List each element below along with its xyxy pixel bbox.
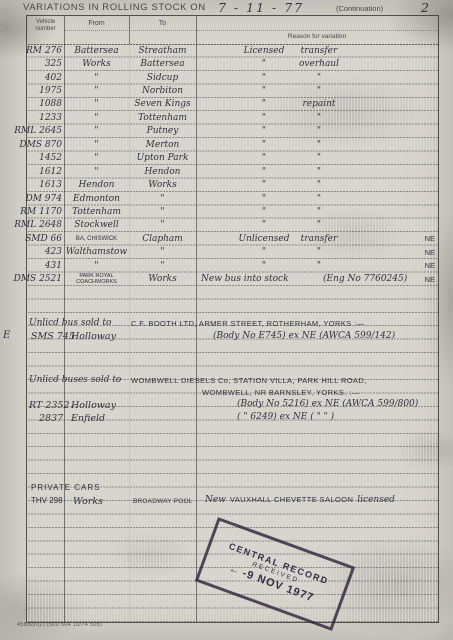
ne-mark: NE [405, 232, 435, 245]
booth-sale-depot: Holloway [71, 331, 116, 342]
vehicle-number: RML 2648 [27, 219, 63, 232]
ne-mark [405, 71, 435, 84]
vehicle-number: 1612 [27, 165, 63, 178]
private-car-reason: New VAUXHALL CHEVETTE SALOON licensed [205, 495, 395, 505]
reason-word-licensed: licensed [357, 495, 395, 505]
from-cell: " [64, 71, 129, 84]
continuation-label: (Continuation) [336, 4, 383, 13]
private-car-from: Works [73, 496, 103, 507]
wombwell-entry-vehicle: 2837 [39, 413, 63, 424]
from-cell: " [64, 152, 129, 165]
ne-mark [405, 84, 435, 97]
reason-cell-2: " [279, 152, 359, 165]
ne-mark [405, 44, 435, 57]
to-cell: Putney [129, 125, 196, 138]
vehicle-number: RML 2645 [27, 125, 63, 138]
vehicle-number: 431 [27, 259, 63, 272]
to-cell: Works [129, 178, 196, 191]
vehicle-number: 325 [27, 57, 63, 70]
wombwell-sale-intro: Unlicd buses sold to [29, 375, 121, 385]
to-cell: Tottenham [129, 111, 196, 124]
to-cell: " [129, 205, 196, 218]
reason-cell-2: transfer [279, 44, 359, 57]
form-reference-number: 458/65/(2) (500 504 10/74 508) [17, 622, 102, 628]
table-row: 423Walthamstow"""NE [27, 246, 438, 259]
ne-mark [405, 192, 435, 205]
vehicle-number: 402 [27, 71, 63, 84]
table-row: 1613HendonWorks"" [27, 178, 438, 191]
scanned-ledger-page: VARIATIONS IN ROLLING STOCK ON 7 - 11 - … [0, 0, 453, 640]
arrow-mark: ← [228, 563, 242, 577]
to-cell: " [129, 259, 196, 272]
table-row: DMS 2521PARK ROYAL COACHWORKSWorksNew bu… [27, 272, 438, 285]
from-cell: Hendon [64, 178, 129, 191]
from-cell: " [64, 138, 129, 151]
vehicle-number: 1233 [27, 111, 63, 124]
page-number: 2 [421, 0, 429, 15]
to-cell: Norbiton [129, 84, 196, 97]
booth-sale-detail: (Body No E745) ex NE (AWCA 599/142) [213, 331, 395, 341]
table-row: RML 2645"Putney"" [27, 125, 438, 138]
reason-cell-2: " [279, 84, 359, 97]
ne-mark [405, 125, 435, 138]
from-cell: Walthamstow [64, 246, 129, 259]
ne-mark [405, 205, 435, 218]
col-header-vehicle-number: Vehicle number [27, 19, 64, 33]
vehicle-number: 1452 [27, 152, 63, 165]
vehicle-number: SMD 66 [27, 232, 63, 245]
reason-cell-2: overhaul [279, 57, 359, 70]
table-row: RM 276BatterseaStreathamLicensedtransfer [27, 44, 438, 57]
booth-sale-vehicle: SMS 745 [31, 331, 75, 342]
from-cell: " [64, 98, 129, 111]
booth-sale-intro: Unlicd bus sold to [29, 318, 111, 328]
ne-mark [405, 165, 435, 178]
form-title: VARIATIONS IN ROLLING STOCK ON [23, 2, 206, 13]
vehicle-number: 423 [27, 246, 63, 259]
col-header-from: From [64, 20, 129, 27]
wombwell-entry-depot: Holloway [71, 400, 116, 411]
col-header-to: To [129, 20, 196, 27]
wombwell-sale-buyer-line2: WOMBWELL, NR BARNSLEY, YORKS. :— [202, 388, 360, 397]
table-row: 431""""NE [27, 259, 438, 272]
ne-mark [405, 111, 435, 124]
from-cell: " [64, 165, 129, 178]
from-cell: Tottenham [64, 205, 129, 218]
vehicle-number: DMS 2521 [27, 272, 63, 285]
table-row: 402"Sidcup"" [27, 71, 438, 84]
table-row: DMS 870"Merton"" [27, 138, 438, 151]
from-cell: " [64, 111, 129, 124]
margin-mark: E [3, 330, 10, 341]
from-cell: Stockwell [64, 219, 129, 232]
table-row: SMD 66BA, CHISWICKClaphamUnlicensedtrans… [27, 232, 438, 245]
table-row: 1612"Hendon"" [27, 165, 438, 178]
reason-cell-2: repaint [279, 98, 359, 111]
wombwell-entry-detail: ( " 6249) ex NE ( " " ) [237, 412, 334, 422]
table-row: 1975"Norbiton"" [27, 84, 438, 97]
reason-cell: New bus into stock [201, 272, 321, 285]
from-cell: " [64, 84, 129, 97]
reason-cell-2: " [279, 246, 359, 259]
to-cell: Seven Kings [129, 98, 196, 111]
reason-cell-2: transfer [279, 232, 359, 245]
to-cell: Streatham [129, 44, 196, 57]
col-header-reason: Reason for variation [196, 33, 438, 40]
private-car-to: BROADWAY POOL [133, 498, 193, 505]
from-cell: PARK ROYAL COACHWORKS [64, 272, 129, 285]
reason-cell-2: " [279, 71, 359, 84]
wombwell-sale-buyer-line1: WOMBWELL DIESELS Co, STATION VILLA, PARK… [131, 376, 367, 385]
table-header: Vehicle number From To Reason for variat… [27, 16, 438, 45]
private-cars-heading: PRIVATE CARS [31, 483, 101, 492]
header-subdivider [64, 30, 438, 31]
date-handwritten: 7 - 11 - 77 [218, 0, 304, 15]
table-row: 1452"Upton Park"" [27, 152, 438, 165]
ne-mark [405, 219, 435, 232]
reason-car-model: VAUXHALL CHEVETTE SALOON [230, 495, 353, 504]
ne-mark: NE [405, 272, 435, 285]
booth-sale-buyer: C.F. BOOTH LTD, ARMER STREET, ROTHERHAM,… [131, 319, 365, 328]
ne-mark: NE [405, 246, 435, 259]
to-cell: Works [129, 272, 196, 285]
vehicle-number: DM 974 [27, 192, 63, 205]
reason-cell-2: " [279, 125, 359, 138]
to-cell: Upton Park [129, 152, 196, 165]
wombwell-entry-depot: Enfield [71, 413, 105, 424]
to-cell: Sidcup [129, 71, 196, 84]
vehicle-number: RM 276 [27, 44, 63, 57]
reason-cell-2: " [279, 205, 359, 218]
to-cell: Hendon [129, 165, 196, 178]
to-cell: " [129, 192, 196, 205]
reason-word-new: New [205, 495, 226, 505]
table-row: DM 974Edmonton""" [27, 192, 438, 205]
from-cell: " [64, 125, 129, 138]
vehicle-number: DMS 870 [27, 138, 63, 151]
vehicle-number: 1613 [27, 178, 63, 191]
table-row: 1233"Tottenham"" [27, 111, 438, 124]
ne-mark [405, 57, 435, 70]
vehicle-number: 1975 [27, 84, 63, 97]
reason-cell-2: " [279, 138, 359, 151]
private-car-vehicle: THV 298 [31, 496, 63, 505]
to-cell: " [129, 219, 196, 232]
reason-cell-2: " [279, 111, 359, 124]
reason-cell-2: " [279, 165, 359, 178]
ne-mark [405, 152, 435, 165]
from-cell: BA, CHISWICK [64, 232, 129, 245]
to-cell: " [129, 246, 196, 259]
vehicle-number: RM 1170 [27, 205, 63, 218]
table-row: 325WorksBattersea"overhaul [27, 57, 438, 70]
from-cell: Battersea [64, 44, 129, 57]
to-cell: Clapham [129, 232, 196, 245]
wombwell-entry-detail: (Body No 5216) ex NE (AWCA 599/800) [237, 399, 418, 409]
from-cell: Edmonton [64, 192, 129, 205]
table-row: RML 2648Stockwell""" [27, 219, 438, 232]
table-row: 1088"Seven Kings"repaint [27, 98, 438, 111]
from-cell: Works [64, 57, 129, 70]
ne-mark [405, 98, 435, 111]
ne-mark [405, 138, 435, 151]
reason-cell-2: " [279, 259, 359, 272]
reason-cell-2: " [279, 178, 359, 191]
table-row: RM 1170Tottenham""" [27, 205, 438, 218]
from-cell: " [64, 259, 129, 272]
ne-mark: NE [405, 259, 435, 272]
to-cell: Merton [129, 138, 196, 151]
reason-cell-2: " [279, 219, 359, 232]
ne-mark [405, 178, 435, 191]
to-cell: Battersea [129, 57, 196, 70]
wombwell-entry-vehicle: RT 2352 [29, 400, 70, 411]
reason-cell-2: " [279, 192, 359, 205]
vehicle-number: 1088 [27, 98, 63, 111]
